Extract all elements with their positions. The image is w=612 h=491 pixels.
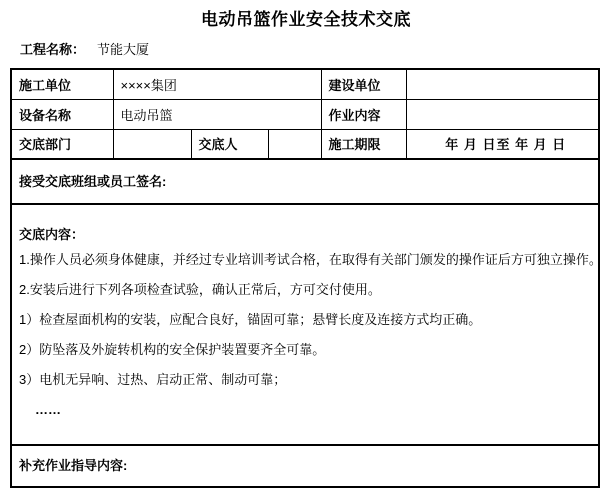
build-unit-label: 建设单位 [321, 69, 406, 99]
content-line: 1.操作人员必须身体健康，并经过专业培训考试合格，在取得有关部门颁发的操作证后方… [19, 245, 598, 275]
document-page: 电动吊篮作业安全技术交底 工程名称：节能大厦 施工单位 ××××集团 建设单位 … [0, 0, 612, 491]
content-line: 3）电机无异响、过热、启动正常、制动可靠； [19, 365, 598, 395]
content-line: 1）检查屋面机构的安装，应配合良好，锚固可靠；悬臂长度及连接方式均正确。 [19, 305, 598, 335]
supplement-cell: 补充作业指导内容: [11, 445, 599, 487]
project-name-label: 工程名称： [20, 42, 85, 57]
work-content-value [406, 99, 599, 129]
disclosure-content-body: 1.操作人员必须身体健康，并经过专业培训考试合格，在取得有关部门颁发的操作证后方… [19, 245, 598, 425]
build-unit-value [406, 69, 599, 99]
table-row: 交底部门 交底人 施工期限 年 月 日至 年 月 日 [11, 129, 599, 159]
page-title: 电动吊篮作业安全技术交底 [0, 5, 612, 30]
work-content-label: 作业内容 [321, 99, 406, 129]
table-row: 设备名称 电动吊篮 作业内容 [11, 99, 599, 129]
signature-row: 接受交底班组或员工签名: [11, 159, 599, 204]
content-line-ellipsis: …… [19, 395, 598, 425]
disclosure-dept-label: 交底部门 [11, 129, 113, 159]
disclosure-content-row: 交底内容： 1.操作人员必须身体健康，并经过专业培训考试合格，在取得有关部门颁发… [11, 204, 599, 445]
table-row: 施工单位 ××××集团 建设单位 [11, 69, 599, 99]
supplement-label: 补充作业指导内容: [19, 458, 127, 473]
construction-period-value: 年 月 日至 年 月 日 [406, 129, 599, 159]
disclosure-content-label: 交底内容： [19, 225, 598, 245]
construction-unit-label: 施工单位 [11, 69, 113, 99]
discloser-value [268, 129, 321, 159]
discloser-label: 交底人 [191, 129, 268, 159]
equipment-name-value: 电动吊篮 [113, 99, 321, 129]
content-line: 2.安装后进行下列各项检查试验，确认正常后，方可交付使用。 [19, 275, 598, 305]
equipment-name-label: 设备名称 [11, 99, 113, 129]
supplement-row: 补充作业指导内容: [11, 445, 599, 487]
signature-label: 接受交底班组或员工签名: [19, 174, 166, 189]
signature-cell: 接受交底班组或员工签名: [11, 159, 599, 204]
project-name-line: 工程名称：节能大厦 [20, 39, 149, 58]
disclosure-content-cell: 交底内容： 1.操作人员必须身体健康，并经过专业培训考试合格，在取得有关部门颁发… [11, 204, 599, 445]
disclosure-form-table: 施工单位 ××××集团 建设单位 设备名称 电动吊篮 作业内容 交底部门 交底人… [10, 68, 600, 488]
project-name-value: 节能大厦 [97, 42, 149, 57]
construction-period-label: 施工期限 [321, 129, 406, 159]
disclosure-dept-value [113, 129, 191, 159]
construction-unit-value: ××××集团 [113, 69, 321, 99]
content-line: 2）防坠落及外旋转机构的安全保护装置要齐全可靠。 [19, 335, 598, 365]
